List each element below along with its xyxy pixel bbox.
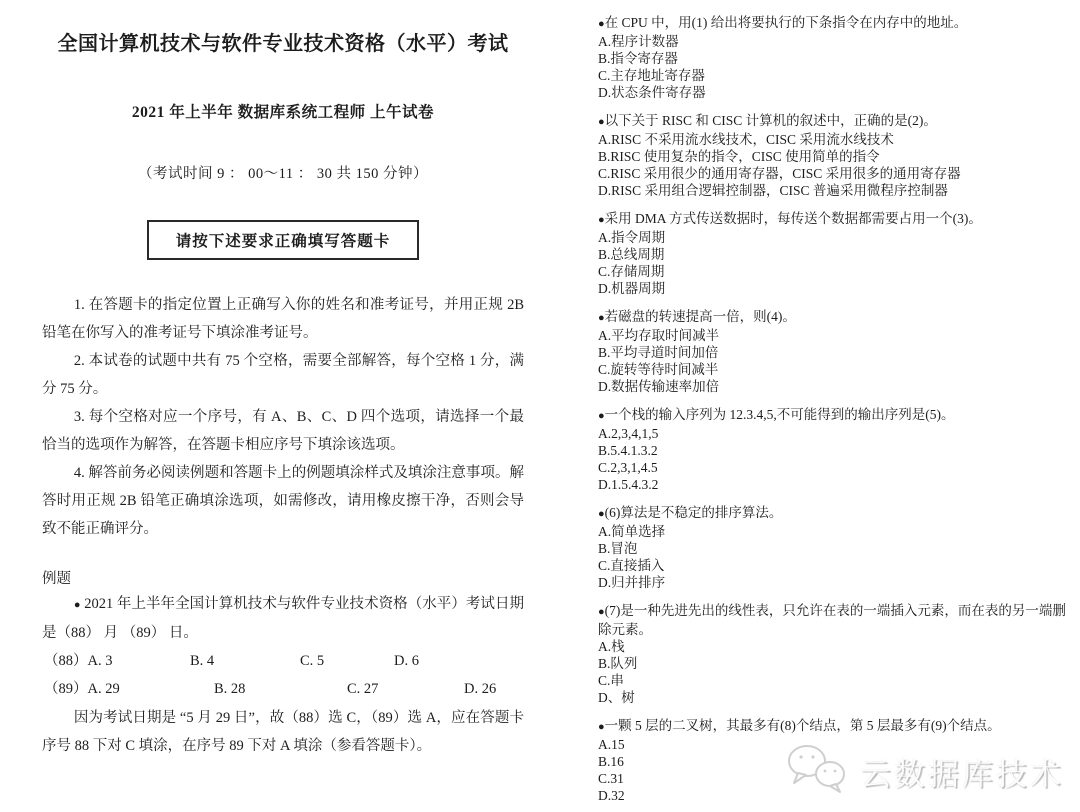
option-a: A.平均存取时间减半 — [598, 327, 1066, 344]
option-88-a: （88）A. 3 — [44, 647, 112, 675]
question-block-7: ●(7)是一种先进先出的线性表，只允许在表的一端插入元素，而在表的另一端删除元素… — [598, 602, 1066, 706]
option-c: C.存储周期 — [598, 263, 1066, 280]
option-d: D.机器周期 — [598, 280, 1066, 297]
bullet-icon: ● — [598, 214, 605, 226]
bullet-icon: ● — [598, 116, 605, 128]
example-options-row-88: （88）A. 3 B. 4 C. 5 D. 6 — [42, 647, 524, 675]
bullet-icon: ● — [598, 18, 605, 30]
option-c: C.RISC 采用很少的通用寄存器，CISC 采用很多的通用寄存器 — [598, 165, 1066, 182]
example-explanation: 因为考试日期是 “5 月 29 日”，故（88）选 C，（89）选 A，应在答题… — [42, 704, 524, 760]
option-b: B.队列 — [598, 655, 1066, 672]
question-block-6: ●(6)算法是不稳定的排序算法。 A.简单选择 B.冒泡 C.直接插入 D.归并… — [598, 504, 1066, 591]
option-b: B.总线周期 — [598, 246, 1066, 263]
option-c: C.主存地址寄存器 — [598, 67, 1066, 84]
option-89-c: C. 27 — [347, 675, 378, 703]
paper-subtitle: 2021 年上半年 数据库系统工程师 上午试卷 — [42, 100, 524, 122]
question-block-5: ●一个栈的输入序列为 12.3.4,5,不可能得到的输出序列是(5)。 A.2,… — [598, 406, 1066, 493]
option-a: A.RISC 不采用流水线技术，CISC 采用流水线技术 — [598, 131, 1066, 148]
instruction-item-3: 3. 每个空格对应一个序号，有 A、B、C、D 四个选项，请选择一个最恰当的选项… — [42, 403, 524, 459]
question-stem: ●以下关于 RISC 和 CISC 计算机的叙述中，正确的是(2)。 — [598, 112, 1066, 131]
option-c: C.串 — [598, 672, 1066, 689]
bullet-icon: ● — [598, 606, 605, 618]
question-stem-text: (6)算法是不稳定的排序算法。 — [605, 505, 783, 520]
option-b: B.RISC 使用复杂的指令，CISC 使用简单的指令 — [598, 148, 1066, 165]
bullet-icon: ● — [74, 599, 81, 611]
option-a: A.栈 — [598, 638, 1066, 655]
option-89-a: （89）A. 29 — [44, 675, 120, 703]
question-stem-text: 采用 DMA 方式传送数据时，每传送个数据都需要占用一个(3)。 — [605, 211, 982, 226]
question-stem: ●(7)是一种先进先出的线性表，只允许在表的一端插入元素，而在表的另一端删除元素… — [598, 602, 1066, 638]
bullet-icon: ● — [598, 410, 605, 422]
left-column: 全国计算机技术与软件专业技术资格（水平）考试 2021 年上半年 数据库系统工程… — [42, 0, 524, 760]
bullet-icon: ● — [598, 721, 605, 733]
option-d: D.归并排序 — [598, 574, 1066, 591]
option-88-b: B. 4 — [190, 647, 214, 675]
option-d: D.数据传输速率加倍 — [598, 378, 1066, 395]
option-d: D.1.5.4.3.2 — [598, 476, 1066, 493]
option-c: C.直接插入 — [598, 557, 1066, 574]
question-block-2: ●以下关于 RISC 和 CISC 计算机的叙述中，正确的是(2)。 A.RIS… — [598, 112, 1066, 199]
bullet-icon: ● — [598, 508, 605, 520]
question-stem-text: 以下关于 RISC 和 CISC 计算机的叙述中，正确的是(2)。 — [605, 113, 937, 128]
option-88-d: D. 6 — [394, 647, 419, 675]
option-b: B.冒泡 — [598, 540, 1066, 557]
instruction-item-4: 4. 解答前务必阅读例题和答题卡上的例题填涂样式及填涂注意事项。解答时用正规 2… — [42, 459, 524, 543]
question-block-1: ●在 CPU 中，用(1) 给出将要执行的下条指令在内存中的地址。 A.程序计数… — [598, 14, 1066, 101]
option-d: D.状态条件寄存器 — [598, 84, 1066, 101]
watermark: 云数据库技术 — [786, 743, 1064, 800]
wechat-icon — [786, 743, 850, 800]
question-stem-text: 一个栈的输入序列为 12.3.4,5,不可能得到的输出序列是(5)。 — [605, 407, 955, 422]
example-question: ● 2021 年上半年全国计算机技术与软件专业技术资格（水平）考试日期是（88）… — [42, 590, 524, 647]
exam-time-line: （考试时间 9 ： 00～11 ： 30 共 150 分钟） — [42, 162, 524, 183]
watermark-text: 云数据库技术 — [860, 749, 1064, 794]
instructions-list: 1. 在答题卡的指定位置上正确写入你的姓名和准考证号，并用正规 2B 铅笔在你写… — [42, 291, 524, 543]
bullet-icon: ● — [598, 312, 605, 324]
example-heading: 例题 — [42, 567, 524, 588]
option-b: B.5.4.1.3.2 — [598, 442, 1066, 459]
option-a: A.2,3,4,1,5 — [598, 425, 1066, 442]
option-88-c: C. 5 — [300, 647, 324, 675]
question-stem: ●一个栈的输入序列为 12.3.4,5,不可能得到的输出序列是(5)。 — [598, 406, 1066, 425]
option-c: C.2,3,1,4.5 — [598, 459, 1066, 476]
option-a: A.程序计数器 — [598, 33, 1066, 50]
exam-paper-page: 全国计算机技术与软件专业技术资格（水平）考试 2021 年上半年 数据库系统工程… — [0, 0, 1080, 812]
question-stem-text: 一颗 5 层的二叉树，其最多有(8)个结点，第 5 层最多有(9)个结点。 — [605, 718, 1001, 733]
question-stem: ●采用 DMA 方式传送数据时，每传送个数据都需要占用一个(3)。 — [598, 210, 1066, 229]
question-stem-text: 在 CPU 中，用(1) 给出将要执行的下条指令在内存中的地址。 — [605, 15, 968, 30]
question-stem-text: 若磁盘的转速提高一倍，则(4)。 — [605, 309, 796, 324]
question-block-4: ●若磁盘的转速提高一倍，则(4)。 A.平均存取时间减半 B.平均寻道时间加倍 … — [598, 308, 1066, 395]
example-question-text: 2021 年上半年全国计算机技术与软件专业技术资格（水平）考试日期是（88） 月… — [42, 596, 524, 641]
option-89-b: B. 28 — [214, 675, 245, 703]
question-stem: ●(6)算法是不稳定的排序算法。 — [598, 504, 1066, 523]
exam-title: 全国计算机技术与软件专业技术资格（水平）考试 — [42, 27, 524, 56]
question-stem: ●若磁盘的转速提高一倍，则(4)。 — [598, 308, 1066, 327]
option-b: B.平均寻道时间加倍 — [598, 344, 1066, 361]
instruction-item-1: 1. 在答题卡的指定位置上正确写入你的姓名和准考证号，并用正规 2B 铅笔在你写… — [42, 291, 524, 347]
question-stem-text: (7)是一种先进先出的线性表，只允许在表的一端插入元素，而在表的另一端删除元素。 — [598, 603, 1066, 637]
right-column: ●在 CPU 中，用(1) 给出将要执行的下条指令在内存中的地址。 A.程序计数… — [598, 14, 1066, 812]
question-stem: ●一颗 5 层的二叉树，其最多有(8)个结点，第 5 层最多有(9)个结点。 — [598, 717, 1066, 736]
option-a: A.简单选择 — [598, 523, 1066, 540]
answer-sheet-notice-box: 请按下述要求正确填写答题卡 — [147, 220, 420, 260]
option-b: B.指令寄存器 — [598, 50, 1066, 67]
option-89-d: D. 26 — [464, 675, 496, 703]
question-block-3: ●采用 DMA 方式传送数据时，每传送个数据都需要占用一个(3)。 A.指令周期… — [598, 210, 1066, 297]
question-stem: ●在 CPU 中，用(1) 给出将要执行的下条指令在内存中的地址。 — [598, 14, 1066, 33]
option-d: D.RISC 采用组合逻辑控制器，CISC 普遍采用微程序控制器 — [598, 182, 1066, 199]
example-options-row-89: （89）A. 29 B. 28 C. 27 D. 26 — [42, 675, 524, 703]
option-d: D、树 — [598, 689, 1066, 706]
option-c: C.旋转等待时间减半 — [598, 361, 1066, 378]
instruction-item-2: 2. 本试卷的试题中共有 75 个空格，需要全部解答，每个空格 1 分，满分 7… — [42, 347, 524, 403]
option-a: A.指令周期 — [598, 229, 1066, 246]
